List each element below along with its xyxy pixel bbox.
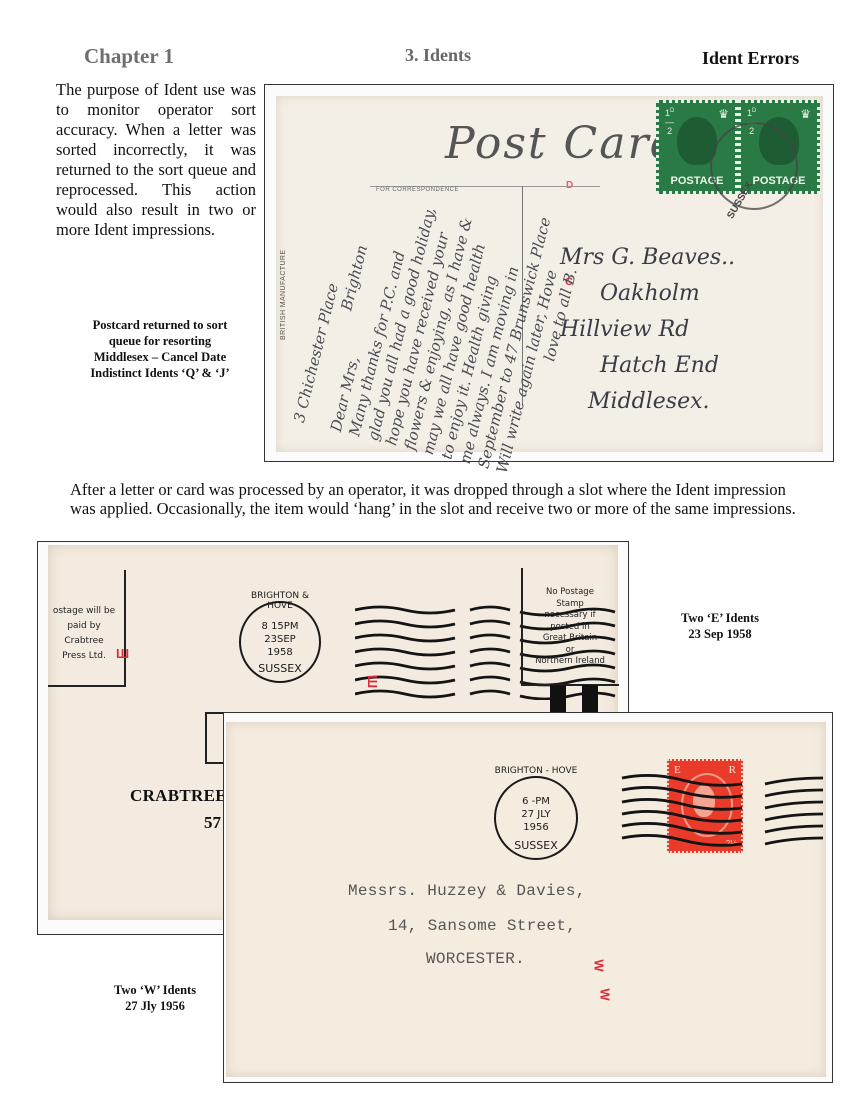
caption-line: 23 Sep 1958 (655, 626, 785, 642)
caption-line: queue for resorting (62, 333, 258, 349)
postmark-town: BRIGHTON - HOVE (492, 766, 580, 776)
nps-line: Stamp (523, 599, 617, 611)
typed-address-line: Messrs. Huzzey & Davies, (348, 882, 586, 900)
caption-line: Two ‘W’ Idents (100, 982, 210, 998)
postmark-1956: 6 -PM 27 JLY 1956 SUSSEX BRIGHTON - HOVE (494, 776, 578, 860)
postmark-date: 27 JLY (496, 809, 576, 821)
stamp-value: 1D—2 (665, 107, 674, 136)
caption-line: Indistinct Idents ‘Q’ & ‘J’ (62, 365, 258, 381)
nps-line: or (523, 645, 617, 657)
reply-line: Press Ltd. (48, 649, 120, 664)
nps-line: Northern Ireland (523, 656, 617, 668)
caption-line: Middlesex – Cancel Date (62, 349, 258, 365)
postmark-time: 8 15PM (241, 621, 319, 633)
crown-icon: ♛ (800, 107, 811, 122)
no-postage-text: No Postage Stamp necessary if posted in … (523, 587, 617, 668)
postmark-year: 1958 (241, 647, 319, 659)
postmark-year: 1956 (496, 822, 576, 834)
caption-line: Two ‘E’ Idents (655, 610, 785, 626)
addressee-number: 57 (204, 813, 221, 833)
postmark-town: BRIGHTON & HOVE (237, 591, 323, 611)
reply-line: ostage will be (48, 604, 120, 619)
typed-address-line: 14, Sansome Street, (388, 917, 576, 935)
postmark-1958: 8 15PM 23SEP 1958 SUSSEX BRIGHTON & HOVE (239, 601, 321, 683)
envelope-1958-caption: Two ‘E’ Idents 23 Sep 1958 (655, 610, 785, 642)
ident-mark-w: W (592, 959, 607, 971)
ident-mark-w: W (598, 988, 613, 1000)
middle-paragraph: After a letter or card was processed by … (70, 480, 815, 518)
envelope-1956-caption: Two ‘W’ Idents 27 Jly 1956 (100, 982, 210, 1014)
addressee-name: CRABTREE (130, 786, 227, 806)
business-reply-text: ostage will be paid by Crabtree Press Lt… (48, 604, 120, 664)
crown-icon: ♛ (718, 107, 729, 122)
address-line: Mrs G. Beaves.. (560, 240, 815, 276)
postmark-date: 23SEP (241, 634, 319, 646)
ident-mark-e: Ш (116, 646, 129, 661)
address-line: Middlesex. (560, 384, 815, 420)
postmark-county: SUSSEX (241, 663, 319, 675)
nps-line: No Postage (523, 587, 617, 599)
address-line: Hatch End (560, 348, 815, 384)
address-line: Oakholm (560, 276, 815, 312)
reply-line: paid by (48, 619, 120, 634)
nps-line: Great Britain (523, 633, 617, 645)
postcard-cancel-postmark (710, 122, 798, 210)
section-heading: 3. Idents (405, 45, 471, 66)
manufacture-label: BRITISH MANUFACTURE (280, 250, 287, 340)
postmark-time: 6 -PM (496, 796, 576, 808)
intro-paragraph: The purpose of Ident use was to monitor … (56, 80, 256, 240)
ident-mark-e: Ш (365, 675, 380, 688)
nps-line: posted in (523, 622, 617, 634)
reply-line: Crabtree (48, 634, 120, 649)
wavy-cancel-lines-1956 (620, 772, 825, 852)
caption-line: Postcard returned to sort (62, 317, 258, 333)
page-topic-title: Ident Errors (702, 48, 799, 69)
chapter-heading: Chapter 1 (84, 44, 174, 69)
postmark-county: SUSSEX (496, 840, 576, 852)
postcard-caption: Postcard returned to sort queue for reso… (62, 317, 258, 381)
typed-address-line: WORCESTER. (426, 950, 525, 968)
postcard-address: Mrs G. Beaves.. Oakholm Hillview Rd Hatc… (560, 240, 815, 420)
address-line: Hillview Rd (560, 312, 815, 348)
nps-line: necessary if (523, 610, 617, 622)
caption-line: 27 Jly 1956 (100, 998, 210, 1014)
